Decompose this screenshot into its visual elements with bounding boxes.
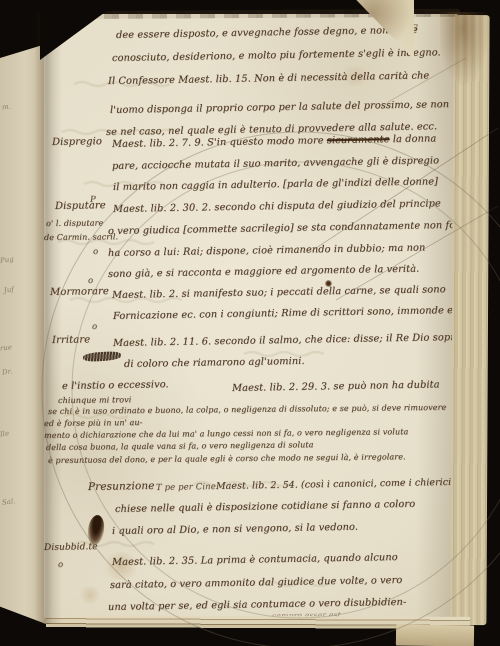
text-line: o vero giudica [commette sacrilegio] se … [108, 220, 458, 237]
small-hand-line: se chi è in uso ordinato e buono, la col… [48, 403, 446, 416]
text-line: i quali oro al Dio, e non si vengono, si… [112, 522, 358, 537]
text-line: Il Confessore Maest. lib. 15. Non è di n… [108, 70, 429, 87]
margin-heading-disputare: Disputare [55, 200, 106, 212]
age-spot [78, 586, 102, 604]
small-hand-line: della cosa buona, la quale vana si fa, o… [46, 440, 314, 452]
facing-text-fragment: rue [0, 343, 12, 352]
small-hand-line: chiunque mi trovi [58, 395, 131, 405]
line-post: la donna [389, 133, 436, 145]
line-pre: Maest. lib. 2. 7. 9. S'in questo modo mo… [112, 135, 327, 150]
text-line: una volta per se, ed egli sia contumace … [108, 597, 407, 613]
struck-word: sicuramente [327, 134, 390, 146]
text-line: Maest. lib. 2. 35. La prima è contumacia… [112, 552, 398, 568]
small-hand-line: è presuntuosa del dono, e per la quale e… [48, 452, 406, 465]
manuscript-page: 213 dee essere disposto, e avvegnache fo… [44, 14, 458, 618]
small-hand-line: mento o dichiarazione che da lui ma' a l… [44, 427, 408, 440]
fore-edge-pages [450, 15, 489, 625]
text-line: Maest. lib. 2. si manifesto suo; i pecca… [112, 284, 446, 301]
corner-stain [440, 12, 492, 92]
text-line: dee essere disposto, e avvegnache fosse … [116, 25, 418, 41]
margin-flourish: o [88, 276, 93, 286]
inline-flourish: T pe per Cine [156, 482, 216, 493]
margin-flourish: o [93, 247, 98, 257]
gutter-shadow [34, 12, 62, 624]
text-line: sarà citato, o vero ammonito dal giudice… [110, 575, 403, 591]
text-line: sono già, e si racconta e maggiore ed ar… [108, 264, 420, 280]
facing-text-fragment: Dr. [2, 367, 13, 376]
facing-text-fragment: m. [2, 102, 12, 111]
text-line: conosciuto, desideriono, e molto piu for… [112, 47, 441, 64]
manuscript-photo: m. Pug Juf rue Dr. Ile Sal. [0, 0, 500, 646]
text-line: ha corso a lui: Rai; dispone, cioè riman… [108, 242, 426, 259]
facing-text-fragment: Pug [0, 255, 14, 265]
text-line: di coloro che riamarono agl'uomini. [124, 356, 305, 370]
text-line: l'uomo disponga il proprio corpo per la … [110, 99, 449, 116]
text-line: e l'instio o eccessivo. [62, 379, 169, 392]
text-line: Fornicazione ec. con i congiunti; Rime d… [113, 305, 458, 322]
facing-text-fragment: Ile [0, 429, 10, 438]
text-line: il marito non caggia in adulterio. [parl… [113, 176, 438, 193]
facing-text-fragment: Juf [4, 285, 15, 294]
text-line: Maest. lib. 2. 29. 3. se può non ha dubi… [232, 379, 440, 394]
text-line: chiese nelle quali è disposizione cotidi… [115, 499, 415, 515]
page-tab [396, 624, 474, 646]
margin-heading-presunzione: Presunzione [88, 480, 155, 493]
text-line: Maest. lib. 2. 11. 6. secondo il salmo, … [113, 332, 458, 349]
crossed-out-scribble [83, 351, 122, 363]
facing-text-fragment: Sal. [2, 497, 16, 507]
text-line: Maest. lib. 2. 30. 2. secondo chi disput… [113, 198, 441, 215]
text-line: Maest. lib. 2. 54. (così i canonici, com… [216, 476, 458, 492]
text-line: pare, acciocche mutata il suo marito, av… [112, 155, 439, 172]
margin-flourish: o [92, 322, 97, 332]
